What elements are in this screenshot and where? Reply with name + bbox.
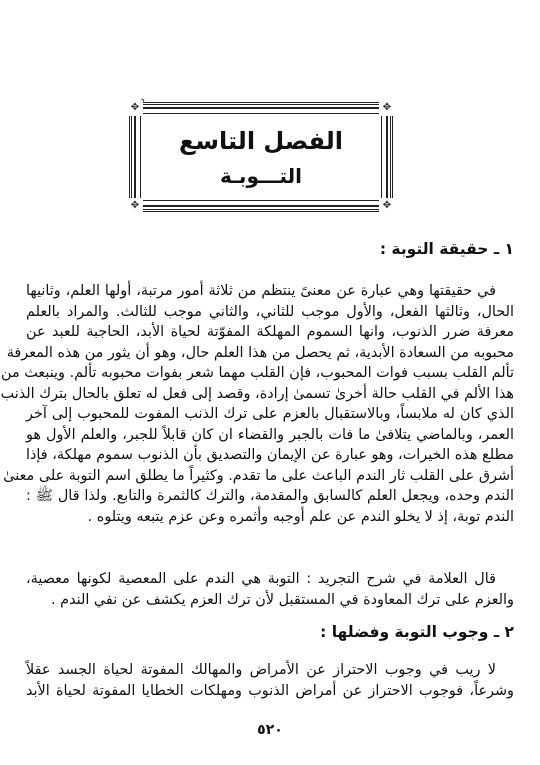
page-number: ٥٢٠ bbox=[0, 722, 540, 738]
book-page: ✥ ✥ ✥ ✥ الفصل التاسع التـــوبـة ١ ـ حقيق… bbox=[0, 0, 540, 765]
text-line: الندم وحده، ويجعل العلم كالسابق والمقدمة… bbox=[26, 486, 514, 507]
frame-corner-ornament-icon: ✥ bbox=[127, 198, 143, 214]
text-line: قال العلامة في شرح التجريد : التوبة هي ا… bbox=[26, 569, 514, 590]
text-line: مطلع هذه الخيرات، وهو عبارة عن الإيمان و… bbox=[26, 445, 514, 466]
paragraph: في حقيقتها وهي عبارة عن معنىً ينتظم من ث… bbox=[26, 281, 514, 527]
section-heading: ١ ـ حقيقة التوبة : bbox=[380, 240, 514, 258]
paragraph: قال العلامة في شرح التجريد : التوبة هي ا… bbox=[26, 569, 514, 610]
text-line: محبوبه من السعادة الأبدية، ثم يحصل من هذ… bbox=[26, 343, 514, 364]
text-line: معرفة ضرر الذنوب، وانها السموم المهلكة ا… bbox=[26, 322, 514, 343]
text-line: الذي كان له ملابساً، وبالاستقبال بالعزم … bbox=[26, 404, 514, 425]
frame-corner-ornament-icon: ✥ bbox=[379, 198, 395, 214]
frame-corner-ornament-icon: ✥ bbox=[379, 100, 395, 116]
text-line: أشرق على القلب ثار الندم الباعث على ما ت… bbox=[26, 466, 514, 487]
chapter-title-frame: ✥ ✥ ✥ ✥ الفصل التاسع التـــوبـة bbox=[134, 107, 388, 207]
paragraph: لا ريب في وجوب الاحتراز عن الأمراض والمه… bbox=[26, 660, 514, 701]
section-heading: ٢ ـ وجوب التوبة وفضلها : bbox=[320, 623, 514, 641]
text-line: والعزم على ترك المعاودة في المستقبل لأن … bbox=[26, 590, 514, 611]
chapter-subtitle: التـــوبـة bbox=[136, 164, 386, 188]
text-line: وشرعاً، فوجوب الاحتراز عن أمراض الذنوب و… bbox=[26, 681, 514, 702]
text-line: هذا الألم في القلب حالة أخرىٰ تسمىٰ إراد… bbox=[26, 384, 514, 405]
text-line: في حقيقتها وهي عبارة عن معنىً ينتظم من ث… bbox=[26, 281, 514, 302]
text-line: الحال، وثالثها الفعل، والأول موجب للثاني… bbox=[26, 302, 514, 323]
text-line: العمر، وبالماضي يتلافىٰ ما فات بالجبر وا… bbox=[26, 425, 514, 446]
text-line: لا ريب في وجوب الاحتراز عن الأمراض والمه… bbox=[26, 660, 514, 681]
frame-corner-ornament-icon: ✥ bbox=[127, 100, 143, 116]
chapter-title: الفصل التاسع bbox=[136, 127, 386, 155]
text-line: الندم توبة، إذ لا يخلو الندم عن علم أوجب… bbox=[26, 507, 514, 528]
text-line: تألم القلب بسبب فوات المحبوب، فإن القلب … bbox=[26, 363, 514, 384]
